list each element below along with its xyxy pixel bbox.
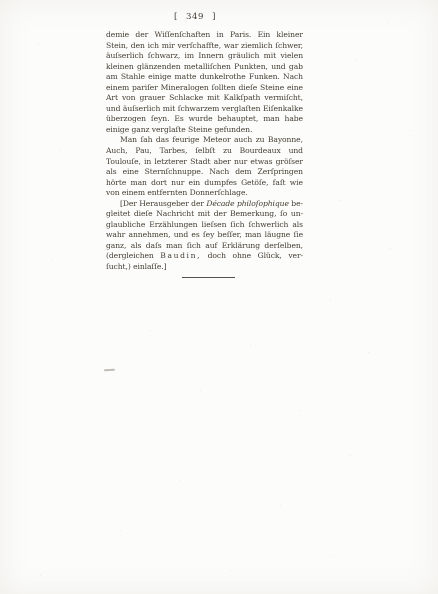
text-line: ManſahdasfeurigeMeteorauchzuBayonne,	[106, 135, 303, 146]
word: Stahle	[121, 72, 145, 83]
text-line: einempariſerMineralogenſolltendieſeStein…	[106, 83, 303, 94]
word: dieſe	[134, 209, 153, 220]
word: Innern	[198, 51, 223, 62]
word: überzogen	[106, 114, 146, 125]
word: ſo	[280, 209, 287, 220]
word: Donnerſchlage.	[190, 188, 248, 197]
word: nur	[171, 178, 184, 189]
word: Toulouſe,	[106, 157, 141, 168]
text-line: hörtemandortnureindumpfesGetöſe,faſtwie	[106, 178, 303, 189]
word: der	[191, 199, 204, 210]
word: Wiſſenſchaften	[155, 30, 211, 41]
word: von	[122, 93, 136, 104]
word: ſeyn.	[151, 114, 170, 125]
word: Bourdeaux	[240, 146, 281, 157]
text-line: ſucht,) einlaſſe.]	[106, 262, 303, 273]
word: der	[214, 209, 227, 220]
word: Steine	[188, 125, 212, 134]
word: das	[156, 135, 169, 146]
word: doch	[208, 251, 226, 262]
word: hörte	[106, 178, 126, 189]
word: (dergleichen	[106, 251, 154, 262]
word: und	[174, 230, 188, 241]
text-line: Stein,denichmirverſchaffte,warziemlichſc…	[106, 41, 303, 52]
word: äuſserlich	[123, 104, 160, 115]
word: daſs	[146, 241, 162, 252]
word: verglaſten	[222, 104, 261, 115]
word: ein	[189, 178, 201, 189]
word: ſey	[203, 230, 214, 241]
word: einem	[122, 188, 145, 197]
word: einem	[106, 83, 129, 94]
word: ſah	[140, 135, 152, 146]
word: einige	[148, 72, 171, 83]
word: war	[224, 41, 238, 52]
word: und	[289, 146, 303, 157]
word: Auch,	[106, 146, 128, 157]
word: Erzählungen	[149, 220, 197, 231]
word: den	[131, 41, 145, 52]
text-line: gleitetdieſeNachrichtmitderBemerkung,ſou…	[106, 209, 303, 220]
word: der	[135, 30, 148, 41]
word: als	[131, 241, 142, 252]
word: faſt	[273, 178, 286, 189]
word: Baudin,	[160, 251, 201, 262]
word: matte	[175, 72, 197, 83]
word: man	[245, 230, 261, 241]
word: in	[144, 157, 151, 168]
word: am	[106, 72, 118, 83]
text-line: [DerHerausgeberderDécadephiloſophiquebe-	[106, 199, 303, 210]
word: in	[217, 30, 224, 41]
word: ſchwerlich	[249, 220, 289, 231]
word: man	[166, 241, 182, 252]
text-line: äuſserlichſchwarz,imInnerngräulichmitvie…	[106, 51, 303, 62]
page-number: [ 349 ]	[106, 12, 284, 22]
word: dunkelrothe	[200, 72, 246, 83]
word: gefunden.	[214, 125, 252, 134]
text-line: Toulouſe,inletztererStadtabernuretwasgrö…	[106, 157, 303, 168]
word: Schlacke	[169, 93, 203, 104]
word: gab	[289, 62, 303, 73]
word: demie	[106, 30, 129, 41]
word: Glück,	[258, 251, 282, 262]
word: zu	[223, 146, 232, 157]
word: nur	[234, 157, 247, 168]
word: ganz	[131, 125, 149, 134]
word: im	[185, 51, 194, 62]
word: verſchaffte,	[178, 41, 222, 52]
word: als	[106, 167, 117, 178]
text-line: kleinenglänzendenmetalliſchenPunkten,und…	[106, 62, 303, 73]
word: be-	[291, 199, 303, 210]
word: Herausgeber	[139, 199, 189, 210]
word: Ein	[258, 30, 271, 41]
word: Funken.	[249, 72, 280, 83]
word: gräulich	[228, 51, 259, 62]
word: Punkten,	[234, 62, 268, 73]
word: als	[292, 220, 303, 231]
word: wie	[290, 178, 303, 189]
word: Paris.	[230, 30, 251, 41]
word: ganz,	[106, 241, 126, 252]
word: Nachricht	[156, 209, 194, 220]
word: ſchwarzem	[178, 104, 220, 115]
word: grauer	[140, 93, 166, 104]
word: Nach	[283, 72, 303, 83]
word: Pau,	[135, 146, 151, 157]
word: Zerſpringen	[258, 167, 303, 178]
word: und	[271, 62, 285, 73]
word: beſſer,	[218, 230, 242, 241]
word: ſich	[187, 241, 201, 252]
word: glänzenden	[137, 62, 181, 73]
word: äuſserlich	[106, 51, 143, 62]
word: dem	[235, 167, 251, 178]
word: dumpfes	[204, 178, 236, 189]
scan-smudge	[104, 369, 115, 371]
word: ſelbſt	[195, 146, 215, 157]
word: auch	[234, 135, 252, 146]
word: Art	[106, 93, 118, 104]
text-line: (dergleichenBaudin,dochohneGlück,ver-	[106, 251, 303, 262]
word: un-	[291, 209, 303, 220]
word: mit	[163, 104, 175, 115]
text-line: glaublicheErzählungenlieſsenſichſchwerli…	[106, 220, 303, 231]
word: Mineralogen	[161, 83, 209, 94]
word: ſchwarz,	[148, 51, 180, 62]
text-line: ArtvongrauerSchlackemitKalkſpathvermiſch…	[106, 93, 303, 104]
word: Meteor	[203, 135, 231, 146]
word: ſollten	[212, 83, 236, 94]
word: vermiſcht,	[264, 93, 303, 104]
word: mit	[198, 209, 210, 220]
word: ſucht,)	[106, 262, 131, 271]
text-line: wahrannehmen,undesſeybeſſer,manläugneſie	[106, 230, 303, 241]
word: glaubliche	[106, 220, 145, 231]
word: mir	[162, 41, 175, 52]
word: eine	[287, 83, 303, 94]
word: letzterer	[154, 157, 187, 168]
word: Bayonne,	[268, 135, 303, 146]
text-line: von einem entfernten Donnerſchlage.	[106, 188, 303, 199]
word: dort	[151, 178, 167, 189]
word: Sternſchnuppe.	[145, 167, 204, 178]
page-body: demiederWiſſenſchafteninParis.Einkleiner…	[106, 30, 303, 278]
word: man	[263, 114, 279, 125]
word: lieſsen	[202, 220, 227, 231]
scan-noise	[0, 0, 1, 1]
word: philoſophique	[237, 199, 289, 210]
text-line: undäuſserlichmitſchwarzemverglaſtenEiſen…	[106, 104, 303, 115]
word: habe	[285, 114, 303, 125]
word: gröſser	[276, 157, 303, 168]
word: Man	[120, 135, 137, 146]
word: Tarbes,	[160, 146, 188, 157]
word: ich	[148, 41, 159, 52]
section-divider-rule	[182, 277, 235, 278]
word: mit	[264, 51, 276, 62]
word: aber	[214, 157, 231, 168]
word: und	[106, 104, 120, 115]
word: ſich	[230, 220, 244, 231]
text-line: einige ganz verglaſte Steine gefunden.	[106, 125, 303, 136]
word: wurde	[189, 114, 213, 125]
word: behauptet,	[218, 114, 259, 125]
word: Nach	[209, 167, 229, 178]
word: feurige	[172, 135, 199, 146]
word: Steine	[260, 83, 284, 94]
word: Stadt	[190, 157, 210, 168]
word: kleinen	[106, 62, 134, 73]
word: ſchwer,	[275, 41, 303, 52]
word: Es	[174, 114, 183, 125]
text-line: amStahleeinigemattedunkelrotheFunken.Nac…	[106, 72, 303, 83]
word: annehmen,	[129, 230, 171, 241]
word: etwas	[250, 157, 272, 168]
word: Getöſe,	[241, 178, 268, 189]
word: mit	[207, 93, 219, 104]
word: ohne	[232, 251, 251, 262]
text-line: alseineSternſchnuppe.NachdemZerſpringen	[106, 167, 303, 178]
word: es	[191, 230, 199, 241]
word: verglaſte	[152, 125, 186, 134]
word: vielen	[280, 51, 303, 62]
word: wahr	[106, 230, 125, 241]
word: Décade	[206, 199, 234, 210]
word: zu	[256, 135, 265, 146]
word: kleiner	[277, 30, 303, 41]
word: läugne	[265, 230, 291, 241]
word: entfernten	[147, 188, 187, 197]
word: ver-	[288, 251, 303, 262]
word: Bemerkung,	[230, 209, 276, 220]
word: ſie	[293, 230, 303, 241]
word: einige	[106, 125, 129, 134]
word: metalliſchen	[184, 62, 231, 73]
word: Stein,	[106, 41, 128, 52]
word: [Der	[120, 199, 137, 210]
word: derſelben,	[264, 241, 303, 252]
text-line: ganz,alsdaſsmanſichaufErklärungderſelben…	[106, 241, 303, 252]
word: Eiſenkalke	[263, 104, 303, 115]
word: Kalkſpath	[224, 93, 261, 104]
word: von	[106, 188, 120, 197]
word: auf	[205, 241, 217, 252]
word: einlaſſe.]	[133, 262, 166, 271]
word: eine	[123, 167, 139, 178]
text-line: Auch,Pau,Tarbes,ſelbſtzuBourdeauxund	[106, 146, 303, 157]
word: gleitet	[106, 209, 130, 220]
text-line: überzogenſeyn.Eswurdebehauptet,manhabe	[106, 114, 303, 125]
word: man	[130, 178, 146, 189]
book-page: [ 349 ] demiederWiſſenſchafteninParis.Ei…	[0, 0, 438, 594]
word: ziemlich	[241, 41, 273, 52]
word: Erklärung	[222, 241, 260, 252]
text-line: demiederWiſſenſchafteninParis.Einkleiner	[106, 30, 303, 41]
word: pariſer	[132, 83, 158, 94]
word: dieſe	[239, 83, 258, 94]
